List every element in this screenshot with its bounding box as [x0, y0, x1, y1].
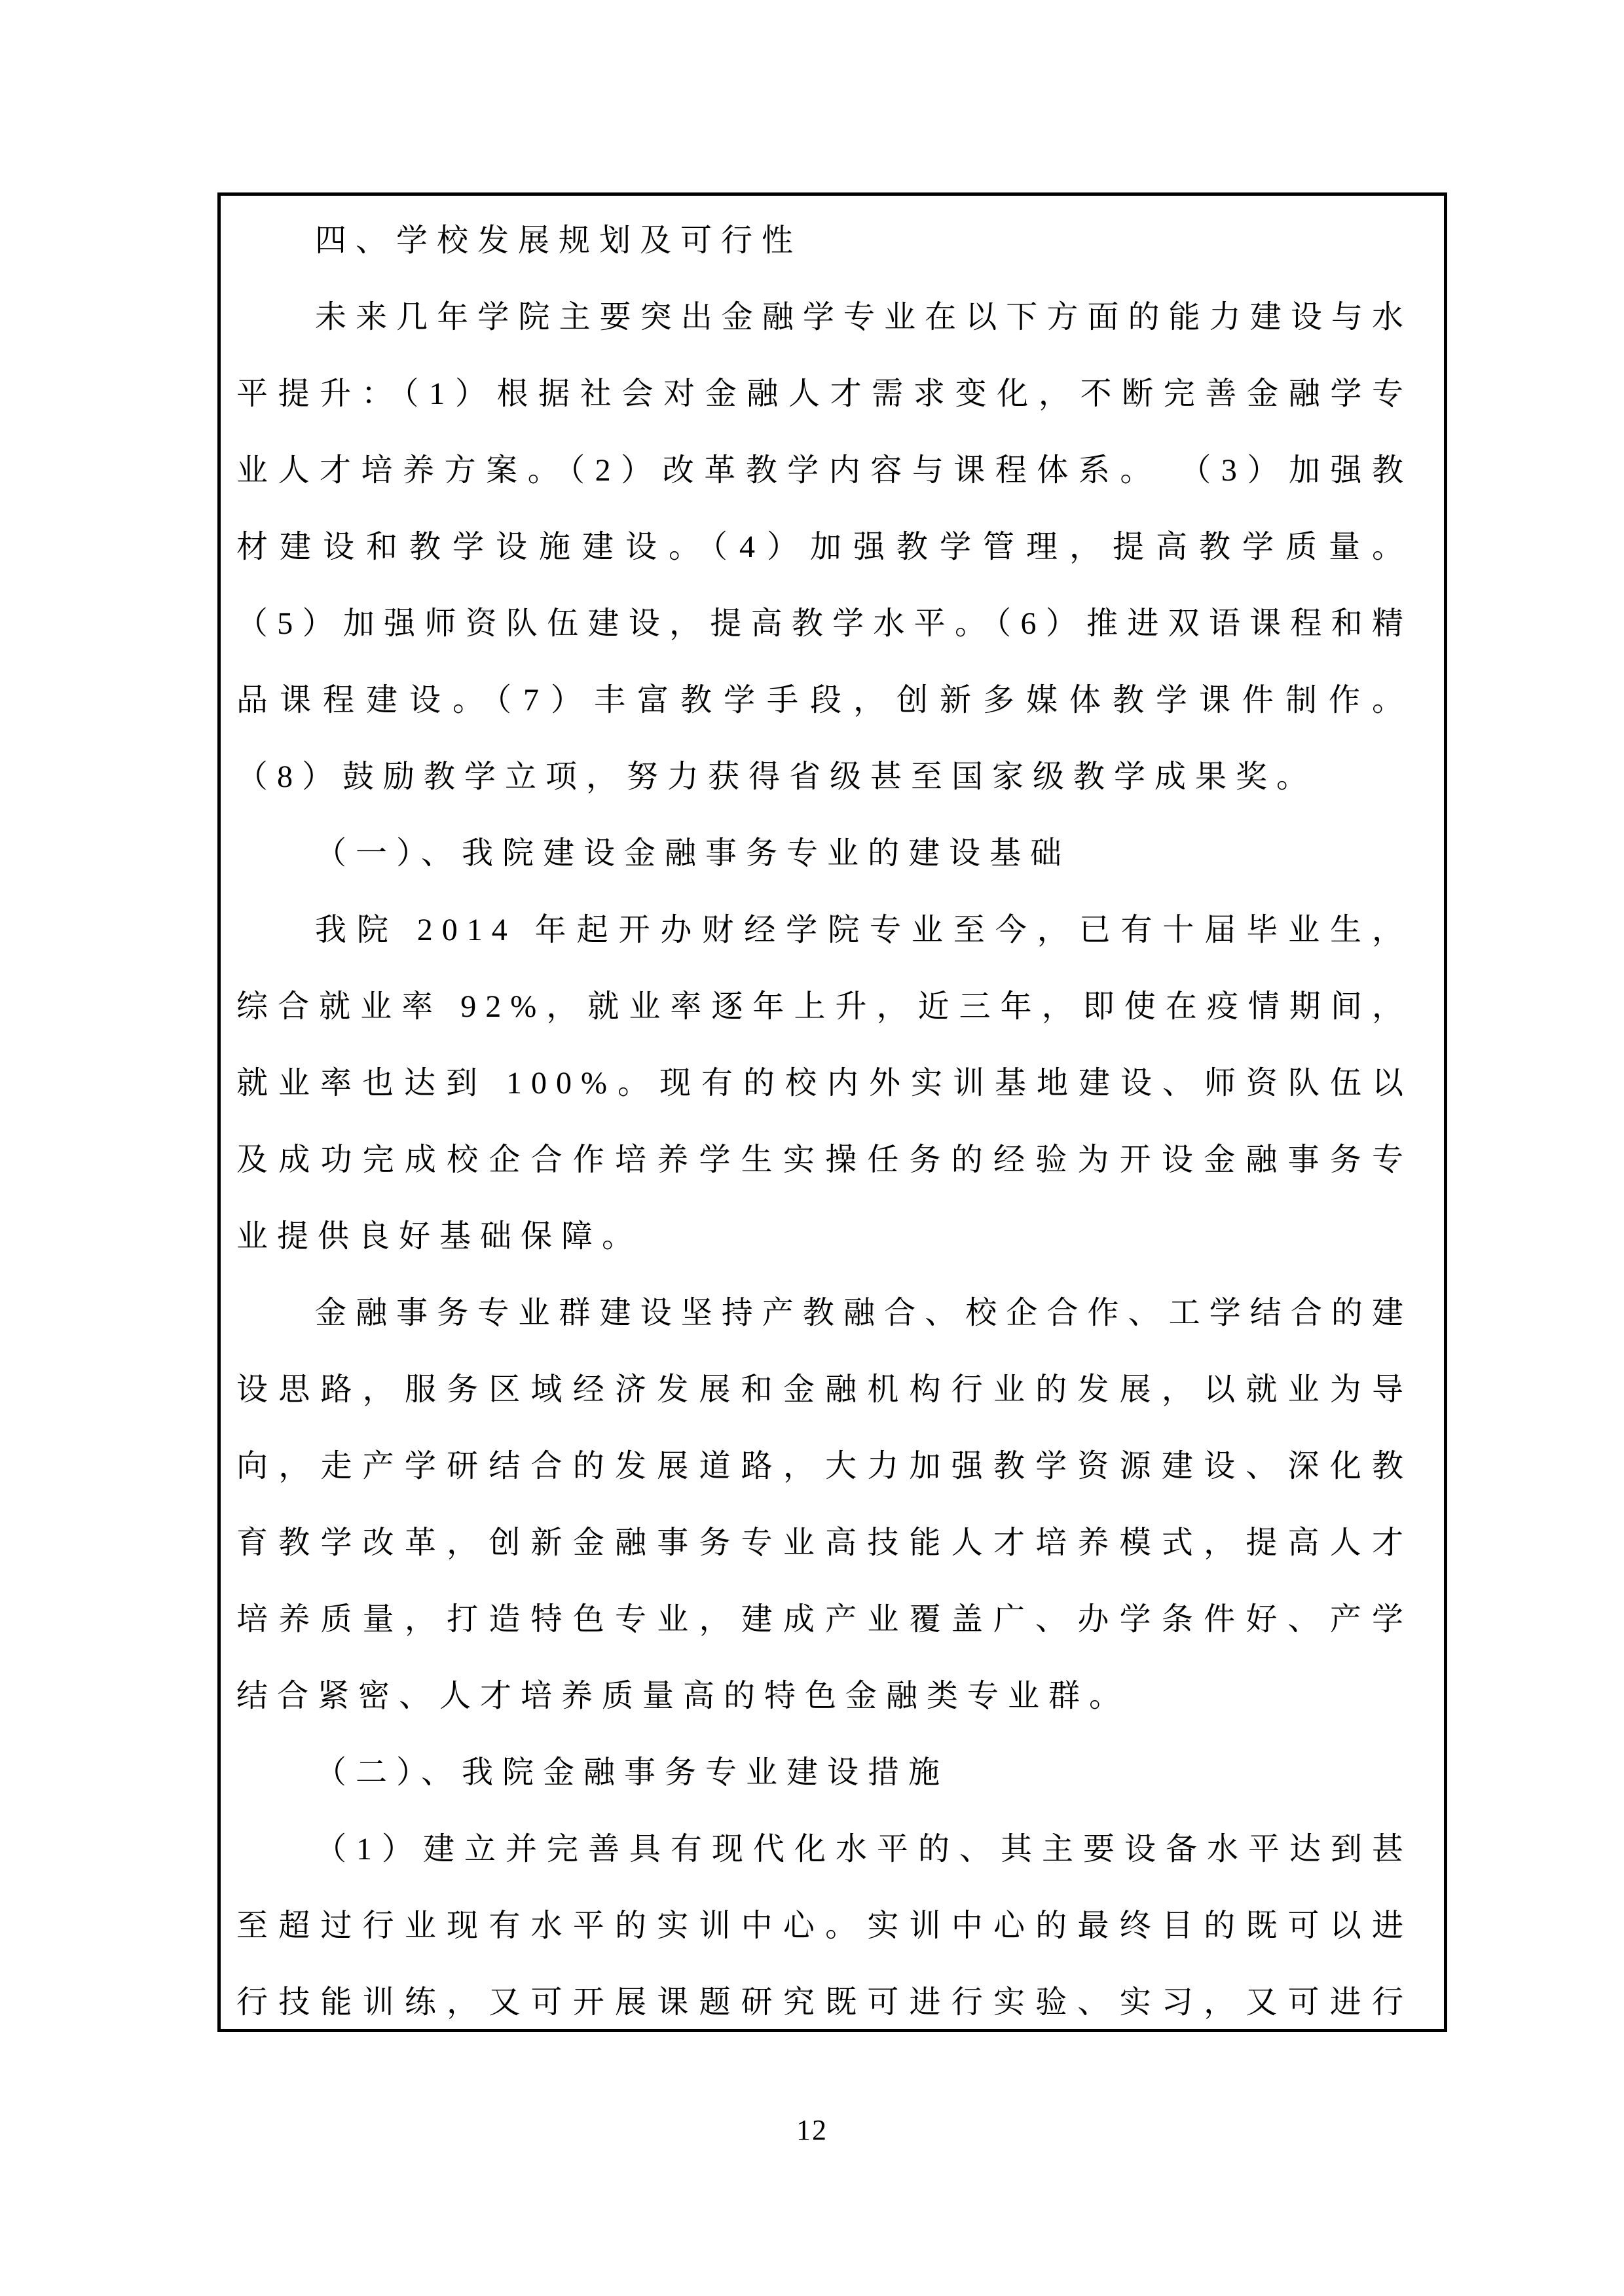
paragraph: 未来几年学院主要突出金融学专业在以下方面的能力建设与水平提升：（1）根据社会对金… — [236, 279, 1412, 815]
paragraph: 我院 2014 年起开办财经学院专业至今，已有十届毕业生，综合就业率 92%，就… — [236, 892, 1412, 1275]
content-border-box: 四、学校发展规划及可行性 未来几年学院主要突出金融学专业在以下方面的能力建设与水… — [217, 192, 1447, 2032]
section-heading: 四、学校发展规划及可行性 — [236, 202, 1412, 279]
paragraph: 金融事务专业群建设坚持产教融合、校企合作、工学结合的建设思路，服务区域经济发展和… — [236, 1275, 1412, 1734]
document-page: 四、学校发展规划及可行性 未来几年学院主要突出金融学专业在以下方面的能力建设与水… — [0, 0, 1624, 2296]
paragraph: （1）建立并完善具有现代化水平的、其主要设备水平达到甚至超过行业现有水平的实训中… — [236, 1811, 1412, 2032]
sub-heading: （一）、我院建设金融事务专业的建设基础 — [236, 815, 1412, 892]
sub-heading: （二）、我院金融事务专业建设措施 — [236, 1734, 1412, 1811]
page-number: 12 — [0, 2113, 1624, 2147]
